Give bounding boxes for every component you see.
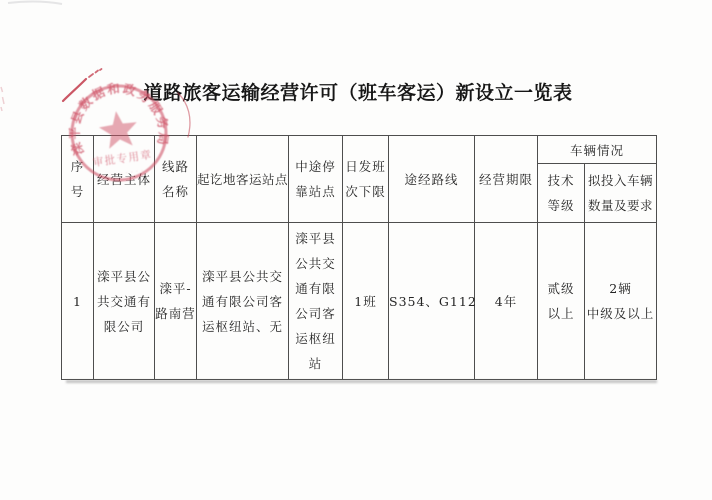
col-header-operator: 经营主体	[94, 136, 155, 223]
col-header-mid-stops: 中途停 靠站点	[289, 136, 343, 223]
col-header-seq: 序 号	[62, 136, 94, 223]
col-header-daily-min: 日发班 次下限	[343, 136, 389, 223]
cell-vehicle-req: 2辆 中级及以上	[585, 223, 657, 380]
table-row: 1 滦平县公 共交通有 限公司 滦平- 路南营 滦平县公共交 通有限公司客 运枢…	[62, 223, 657, 380]
cell-route-name: 滦平- 路南营	[155, 223, 197, 380]
cell-mid-stops: 滦平县 公共交 通有限 公司客 运枢纽 站	[289, 223, 343, 380]
cell-tech-level: 贰级 以上	[538, 223, 585, 380]
scan-smudge-top	[8, 2, 62, 4]
col-header-vehicle-group: 车辆情况	[538, 136, 657, 164]
col-header-vehicle-req: 拟投入车辆 数量及要求	[585, 164, 657, 223]
col-header-terminals: 起讫地客运站点	[197, 136, 289, 223]
cell-term: 4年	[475, 223, 538, 380]
col-header-route-name: 线路 名称	[155, 136, 197, 223]
col-header-term: 经营期限	[475, 136, 538, 223]
cell-seq: 1	[62, 223, 94, 380]
cell-terminals: 滦平县公共交 通有限公司客 运枢纽站、无	[197, 223, 289, 380]
cell-via-route: S354、G112	[389, 223, 475, 380]
permit-table: 序 号 经营主体 线路 名称 起讫地客运站点 中途停 靠站点 日发班 次下限 途…	[61, 135, 657, 380]
cell-operator: 滦平县公 共交通有 限公司	[94, 223, 155, 380]
scan-shadow	[66, 380, 657, 383]
cell-daily-min: 1班	[343, 223, 389, 380]
col-header-tech-level: 技术 等级	[538, 164, 585, 223]
col-header-via-route: 途经路线	[389, 136, 475, 223]
document-title: 道路旅客运输经营许可（班车客运）新设立一览表	[8, 78, 708, 105]
scanned-document-page: 道路旅客运输经营许可（班车客运）新设立一览表 序 号 经营主体 线路 名称 起讫…	[0, 0, 712, 500]
scan-smudge-left	[1, 87, 4, 111]
